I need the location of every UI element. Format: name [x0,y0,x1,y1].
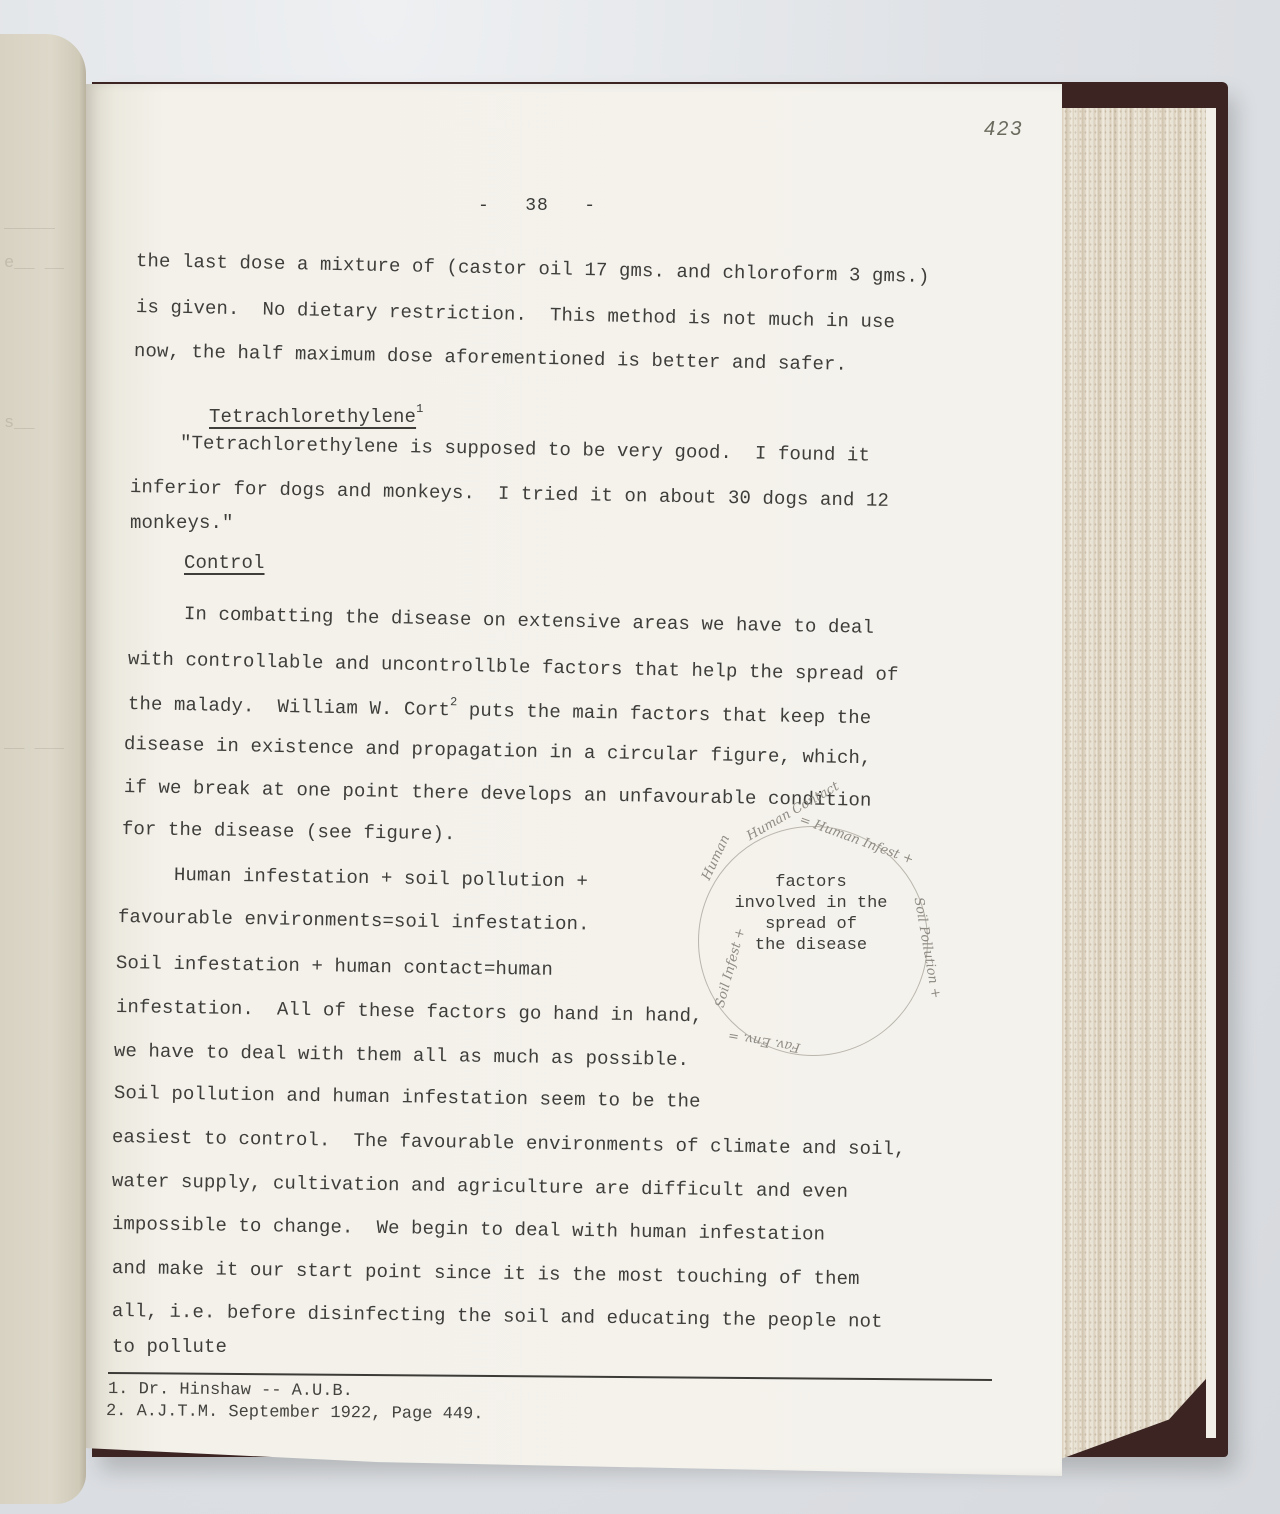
footnote-ref-1: 1 [416,402,423,416]
heading-text: Tetrachlorethylene [209,406,416,428]
page-number: - 38 - [478,196,596,216]
previous-page-curl: _____ ____ e__ __ ___ s__ __ ___ [0,34,86,1504]
page-edges-stack [1058,108,1206,1460]
section-heading-control: Control [184,552,265,574]
body-line: to pollute [112,1336,227,1358]
footnote-1: 1. Dr. Hinshaw -- A.U.B. [108,1380,353,1401]
cover-inner-edge [1206,108,1216,1438]
figure-text-line: factors [706,872,916,893]
section-heading-tetrachlorethylene: Tetrachlorethylene1 [186,380,423,428]
figure-text-line: involved in the [706,893,916,914]
footnote-2: 2. A.J.T.M. September 1922, Page 449. [106,1402,484,1424]
footnote-ref-2: 2 [450,695,458,709]
handwritten-folio-number: 423 [984,118,1023,141]
quote-line: monkeys." [130,512,234,534]
